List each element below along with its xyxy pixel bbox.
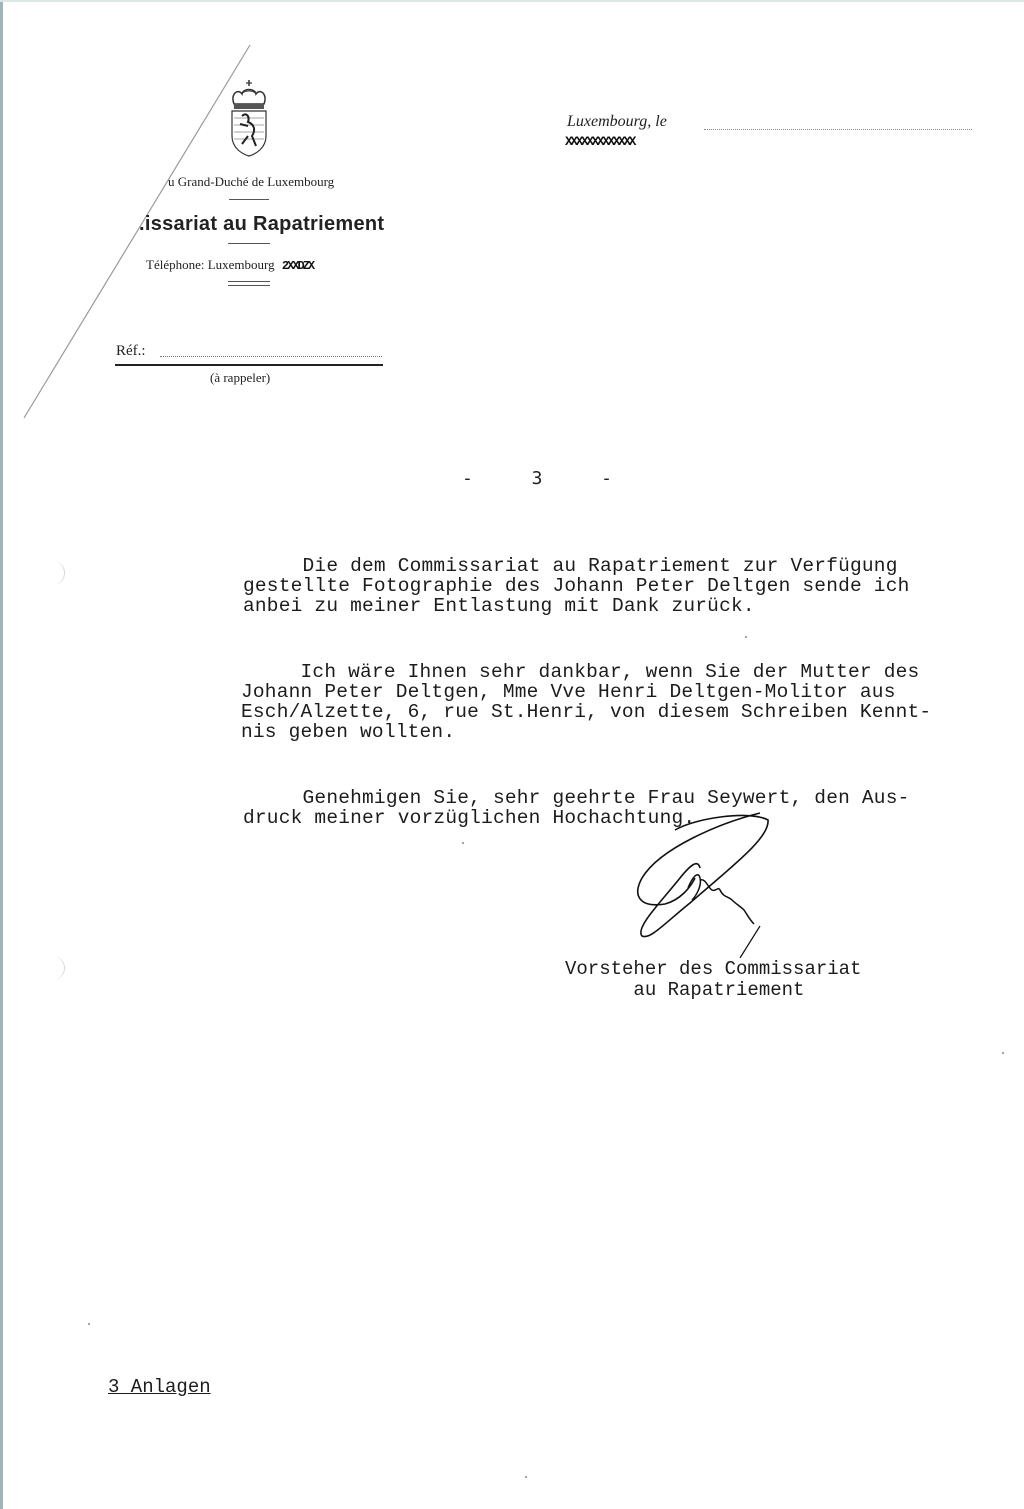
telephone-label: Téléphone: Luxembourg: [146, 257, 275, 272]
letterhead-country: u Grand-Duché de Luxembourg: [168, 174, 334, 190]
page-number-dash-left: -: [462, 468, 473, 489]
punch-hole-mark: [50, 956, 65, 980]
page-number-value: 3: [532, 468, 543, 489]
body-paragraph-2: Ich wäre Ihnen sehr dankbar, wenn Sie de…: [241, 662, 931, 742]
divider: [228, 285, 270, 286]
signatory-title: Vorsteher des Commissariat au Rapatrieme…: [565, 959, 861, 1001]
reference-note: (à rappeler): [210, 370, 270, 386]
speck: [525, 1476, 527, 1478]
telephone-number-redacted: 2XXDZX: [282, 259, 313, 273]
date-field: [704, 129, 972, 130]
enclosures-note: 3 Anlagen: [108, 1376, 211, 1398]
date-place-label: Luxembourg, le: [567, 113, 667, 131]
divider: [229, 199, 269, 200]
page-edge: [0, 0, 3, 1509]
page-number-dash-right: -: [601, 468, 612, 489]
body-paragraph-3: Genehmigen Sie, sehr geehrte Frau Seywer…: [243, 788, 910, 828]
speck: [745, 636, 747, 638]
divider: [228, 281, 270, 282]
speck: [462, 842, 464, 844]
date-redacted: XXXXXXXXXXXXX: [565, 134, 634, 149]
speck: [1002, 1052, 1004, 1054]
letterhead-telephone: Téléphone: Luxembourg 2XXDZX: [146, 257, 313, 273]
divider: [228, 243, 270, 244]
punch-hole-mark: [50, 561, 65, 585]
page-edge-top: [0, 0, 1024, 2]
body-paragraph-1: Die dem Commissariat au Rapatriement zur…: [243, 556, 910, 616]
page-number: - 3 -: [462, 468, 612, 489]
reference-field: [160, 356, 382, 357]
letterhead-office-name: .issariat au Rapatriement: [139, 213, 384, 236]
reference-underline: [115, 364, 383, 366]
handwritten-signature: [620, 808, 800, 958]
reference-label: Réf.:: [116, 343, 146, 360]
coat-of-arms-icon: [228, 80, 270, 160]
speck: [88, 1323, 90, 1325]
